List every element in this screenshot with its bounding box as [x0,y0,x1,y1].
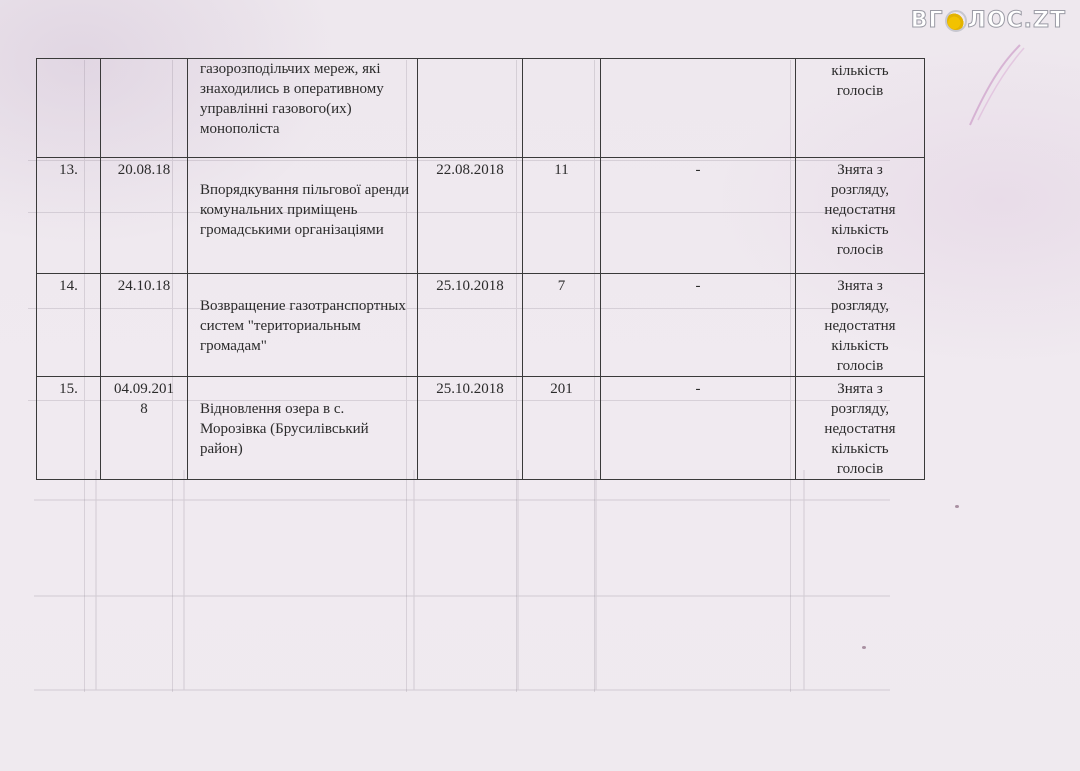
site-watermark-logo: ВГ ЛОС.ZT [911,8,1066,33]
paper-speck [955,505,959,508]
cell-answer: - [601,158,796,274]
cell-publication-date: 25.10.2018 [418,274,523,377]
cell-date [101,59,188,158]
cell-publication-date [418,59,523,158]
megaphone-icon [945,10,967,32]
cell-votes: 201 [523,377,601,480]
cell-number: 14. [37,274,101,377]
cell-number: 15. [37,377,101,480]
cell-number: 13. [37,158,101,274]
table-row: 14. 24.10.18 Возвращение газотранспортны… [37,274,925,377]
table-row-continued: газорозподільчих мереж, які знаходились … [37,59,925,158]
cell-result: Знята з розгляду, недостатня кількість г… [796,377,925,480]
cell-result: Знята з розгляду, недостатня кількість г… [796,158,925,274]
cell-publication-date: 25.10.2018 [418,377,523,480]
table-row: 13. 20.08.18 Впорядкування пільгової аре… [37,158,925,274]
cell-petition-title: Возвращение газотранспортных систем "тер… [188,274,418,377]
cell-date: 20.08.18 [101,158,188,274]
cell-answer: - [601,377,796,480]
cell-answer: - [601,274,796,377]
cell-number [37,59,101,158]
cell-result: кількість голосів [796,59,925,158]
cell-answer [601,59,796,158]
cell-petition-title: газорозподільчих мереж, які знаходились … [188,59,418,158]
cell-petition-title: Відновлення озера в с. Морозівка (Брусил… [188,377,418,480]
cell-petition-title: Впорядкування пільгової аренди комунальн… [188,158,418,274]
bleed-through-lower-table [34,470,890,692]
cell-date: 24.10.18 [101,274,188,377]
cell-votes: 11 [523,158,601,274]
cell-publication-date: 22.08.2018 [418,158,523,274]
logo-text-prefix: ВГ [911,8,944,33]
cell-result: Знята з розгляду, недостатня кількість г… [796,274,925,377]
logo-text-suffix: ЛОС.ZT [968,8,1066,33]
cell-votes: 7 [523,274,601,377]
petitions-table: газорозподільчих мереж, які знаходились … [36,58,925,480]
paper-speck [862,646,866,649]
table-row: 15. 04.09.201 8 Відновлення озера в с. М… [37,377,925,480]
cell-date: 04.09.201 8 [101,377,188,480]
cell-votes [523,59,601,158]
